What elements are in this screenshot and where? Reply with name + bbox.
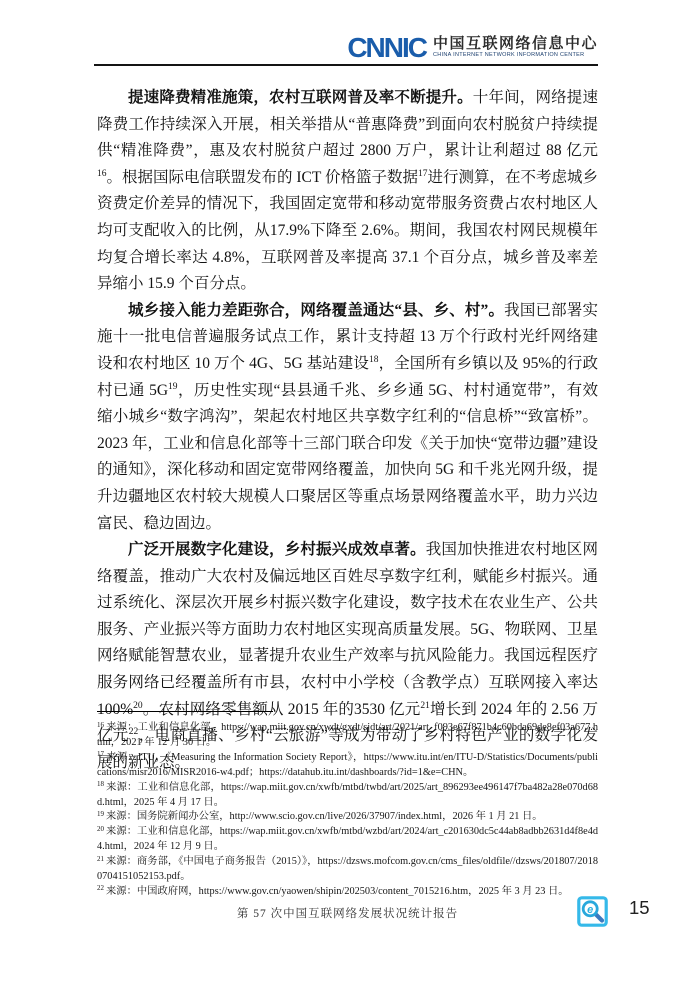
- cnnic-wordmark: CNNIC: [347, 35, 426, 60]
- page-body: 提速降费精准施策，农村互联网普及率不断提升。十年间，网络提速降费工作持续深入开展…: [97, 85, 598, 776]
- footnote-18: 18来源：工业和信息化部，https://wap.miit.gov.cn/xwf…: [97, 781, 598, 811]
- footnote-number: 16: [97, 721, 104, 729]
- paragraph-text-run: 。根据国际电信联盟发布的 ICT 价格篮子数据: [107, 169, 418, 186]
- page-number: 15: [629, 897, 650, 919]
- footnote-ref-16: 16: [97, 169, 107, 179]
- footnote-text: 来源：中国政府网，https://www.gov.cn/yaowen/shipi…: [106, 886, 569, 897]
- footnote-ref-19: 19: [168, 382, 178, 392]
- logo-name-chinese: 中国互联网络信息中心: [433, 36, 598, 52]
- footnote-text: 来源：工业和信息化部，https://wap.miit.gov.cn/xwdt/…: [97, 722, 598, 748]
- footnotes-section: 16来源：工业和信息化部，https://wap.miit.gov.cn/xwd…: [97, 711, 598, 900]
- svg-text:e: e: [587, 904, 593, 916]
- paragraph-lead-bold: 城乡接入能力差距弥合，网络覆盖通达“县、乡、村”。: [128, 302, 504, 319]
- footnote-number: 17: [97, 750, 104, 758]
- footnote-19: 19来源：国务院新闻办公室，http://www.scio.gov.cn/liv…: [97, 810, 598, 825]
- footnote-separator-rule: [97, 711, 273, 712]
- footnote-16: 16来源：工业和信息化部，https://wap.miit.gov.cn/xwd…: [97, 721, 598, 751]
- footnote-17: 17来源：ITU，《Measuring the Information Soci…: [97, 751, 598, 781]
- paragraph-lead-bold: 提速降费精准施策，农村互联网普及率不断提升。: [128, 89, 473, 106]
- page-header: CNNIC 中国互联网络信息中心 CHINA INTERNET NETWORK …: [94, 0, 598, 66]
- footnote-text: 来源：工业和信息化部，https://wap.miit.gov.cn/xwfb/…: [97, 782, 598, 808]
- footnote-20: 20来源：工业和信息化部，https://wap.miit.gov.cn/xwf…: [97, 825, 598, 855]
- footnote-text: 来源：工业和信息化部，https://wap.miit.gov.cn/xwfb/…: [97, 826, 598, 852]
- footnote-number: 21: [97, 855, 104, 863]
- footnote-text: 来源：ITU，《Measuring the Information Societ…: [97, 752, 598, 778]
- paragraph-text-run: 我国加快推进农村地区网络覆盖，推动广大农村及偏远地区百姓尽享数字红利，赋能乡村振…: [97, 541, 598, 718]
- footnote-text: 来源：商务部，《中国电子商务报告（2015）》，https://dzsws.mo…: [97, 856, 598, 882]
- cnnic-logo: CNNIC 中国互联网络信息中心 CHINA INTERNET NETWORK …: [347, 35, 598, 60]
- footnote-ref-20: 20: [133, 701, 143, 711]
- footnote-21: 21来源：商务部，《中国电子商务报告（2015）》，https://dzsws.…: [97, 855, 598, 885]
- paragraph-text-run: 进行测算，在不考虑城乡资费定价差异的情况下，我国固定宽带和移动宽带服务资费占农村…: [97, 169, 598, 292]
- paragraph-network-coverage: 城乡接入能力差距弥合，网络覆盖通达“县、乡、村”。我国已部署实施十一批电信普遍服…: [97, 298, 598, 537]
- footnote-number: 19: [97, 810, 104, 818]
- paragraph-lead-bold: 广泛开展数字化建设，乡村振兴成效卓著。: [128, 541, 426, 558]
- footnote-ref-21: 21: [420, 701, 430, 711]
- cnnic-magnifier-logo-icon: e: [577, 896, 608, 927]
- logo-name-english: CHINA INTERNET NETWORK INFORMATION CENTE…: [433, 53, 598, 59]
- footnote-number: 22: [97, 884, 104, 892]
- footnote-number: 20: [97, 825, 104, 833]
- report-page: CNNIC 中国互联网络信息中心 CHINA INTERNET NETWORK …: [0, 0, 694, 982]
- paragraph-text-run: ，历史性实现“县县通千兆、乡乡通 5G、村村通宽带”，有效缩小城乡“数字鸿沟”，…: [97, 382, 598, 532]
- cnnic-logo-names: 中国互联网络信息中心 CHINA INTERNET NETWORK INFORM…: [433, 36, 598, 59]
- footnote-22: 22来源：中国政府网，https://www.gov.cn/yaowen/shi…: [97, 885, 598, 900]
- footnote-text: 来源：国务院新闻办公室，http://www.scio.gov.cn/live/…: [106, 811, 543, 822]
- footer-report-title: 第 57 次中国互联网络发展状况统计报告: [97, 905, 598, 921]
- footnote-number: 18: [97, 780, 104, 788]
- paragraph-broadband-speed: 提速降费精准施策，农村互联网普及率不断提升。十年间，网络提速降费工作持续深入开展…: [97, 85, 598, 298]
